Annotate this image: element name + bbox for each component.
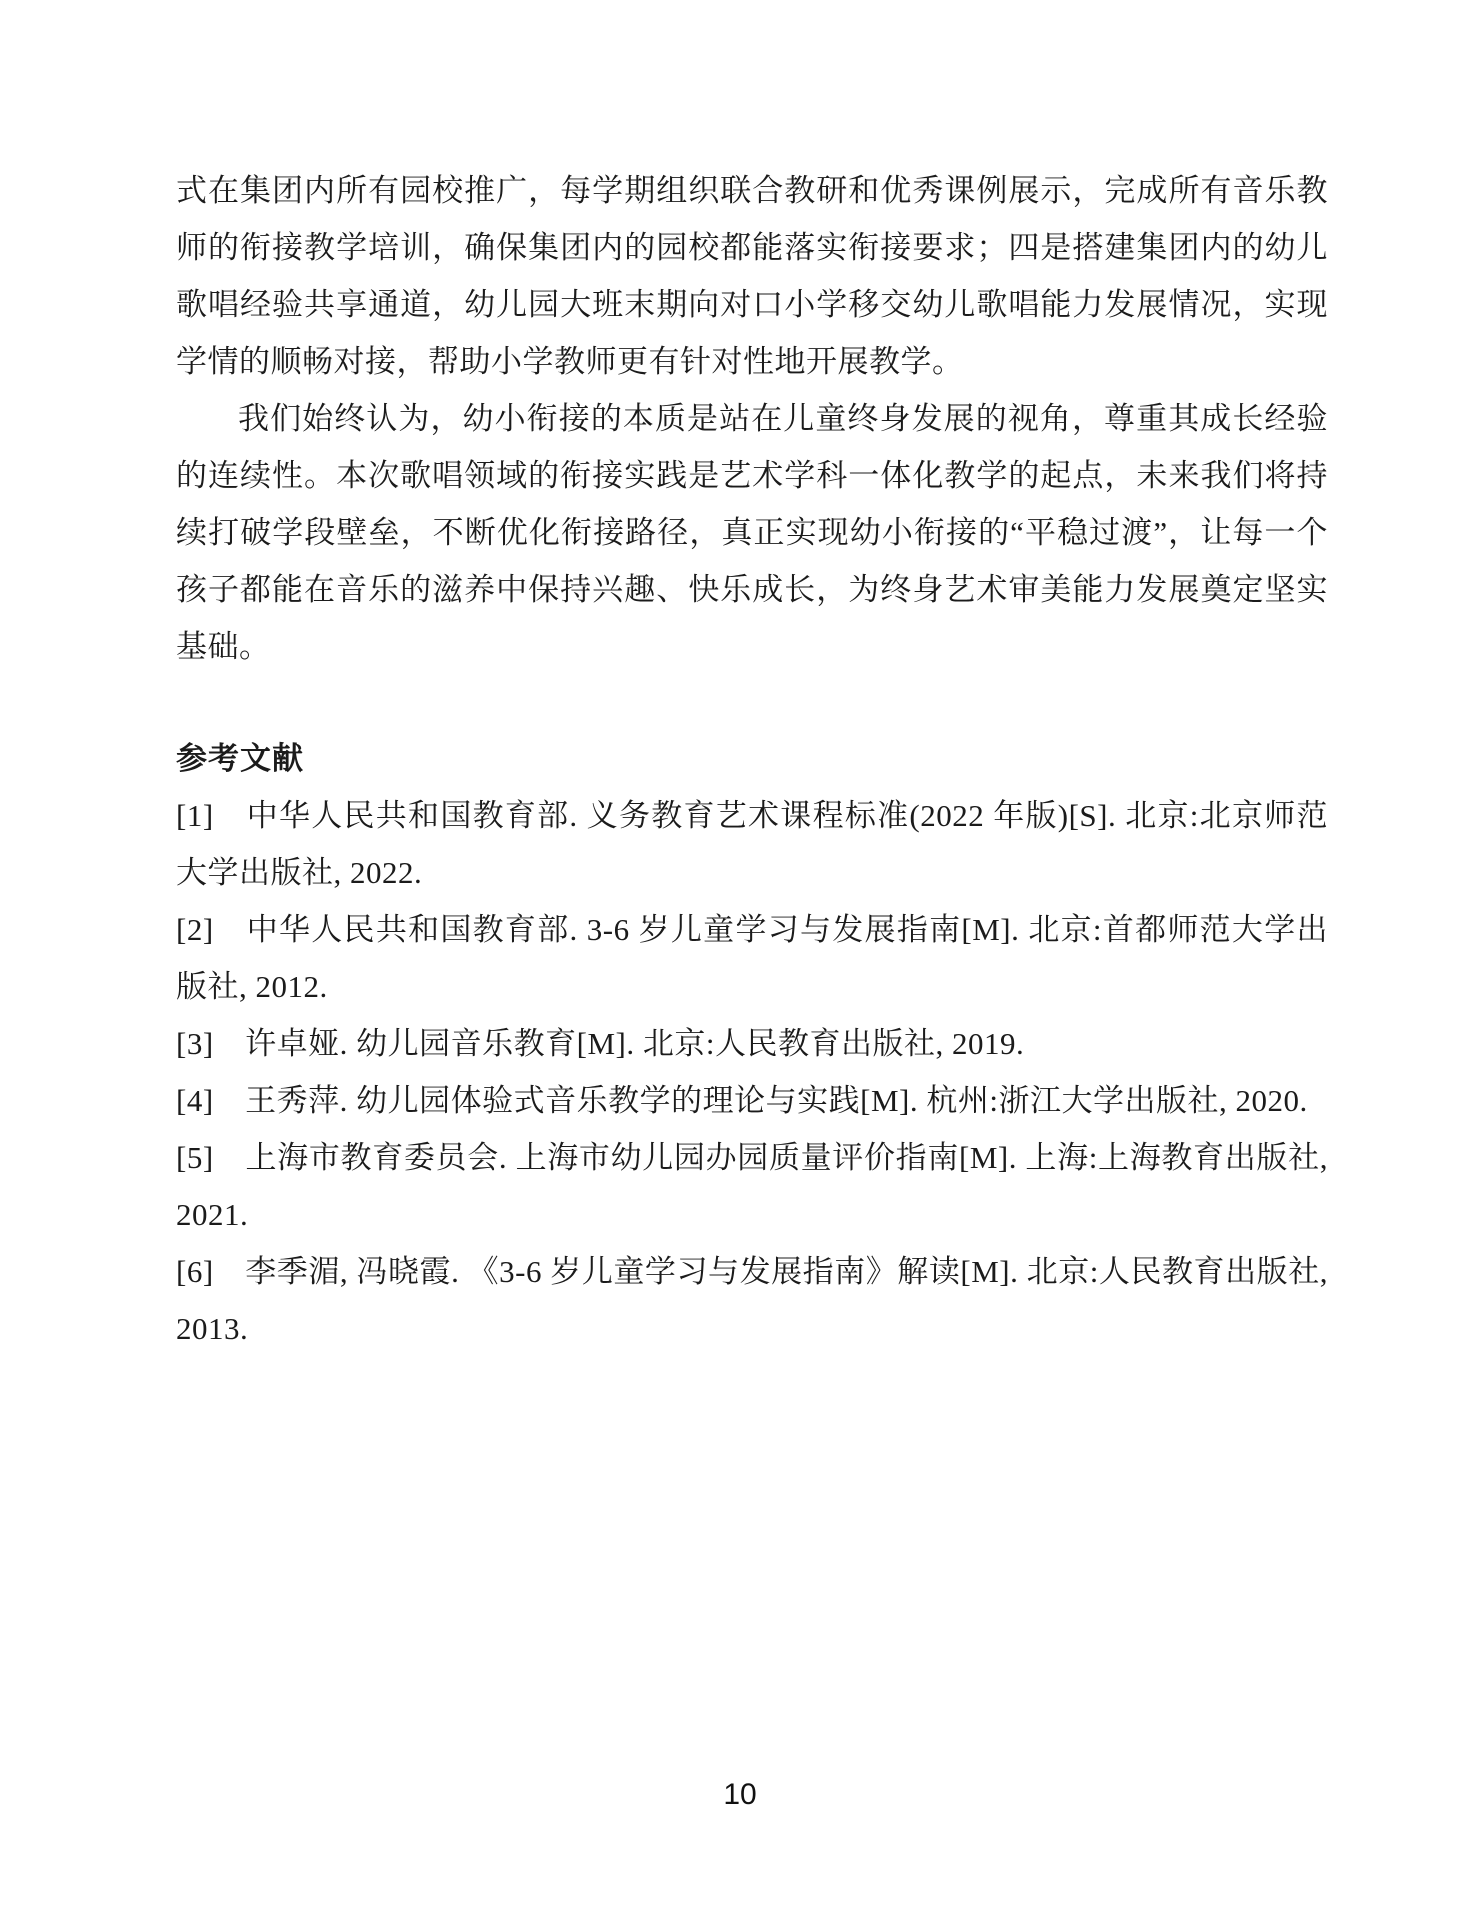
references-heading: 参考文献 bbox=[176, 730, 1328, 787]
reference-item-6: [6] 李季湄, 冯晓霞. 《3-6 岁儿童学习与发展指南》解读[M]. 北京:… bbox=[176, 1243, 1328, 1357]
document-page: 式在集团内所有园校推广，每学期组织联合教研和优秀课例展示，完成所有音乐教师的衔接… bbox=[0, 0, 1480, 1916]
reference-item-2: [2] 中华人民共和国教育部. 3-6 岁儿童学习与发展指南[M]. 北京:首都… bbox=[176, 901, 1328, 1015]
reference-item-1: [1] 中华人民共和国教育部. 义务教育艺术课程标准(2022 年版)[S]. … bbox=[176, 787, 1328, 901]
paragraph-conclusion: 我们始终认为，幼小衔接的本质是站在儿童终身发展的视角，尊重其成长经验的连续性。本… bbox=[176, 390, 1328, 675]
reference-item-4: [4] 王秀萍. 幼儿园体验式音乐教学的理论与实践[M]. 杭州:浙江大学出版社… bbox=[176, 1072, 1328, 1129]
paragraph-continuation: 式在集团内所有园校推广，每学期组织联合教研和优秀课例展示，完成所有音乐教师的衔接… bbox=[176, 162, 1328, 390]
page-content: 式在集团内所有园校推广，每学期组织联合教研和优秀课例展示，完成所有音乐教师的衔接… bbox=[176, 162, 1328, 1357]
reference-item-5: [5] 上海市教育委员会. 上海市幼儿园办园质量评价指南[M]. 上海:上海教育… bbox=[176, 1129, 1328, 1243]
page-number: 10 bbox=[0, 1778, 1480, 1812]
reference-item-3: [3] 许卓娅. 幼儿园音乐教育[M]. 北京:人民教育出版社, 2019. bbox=[176, 1015, 1328, 1072]
